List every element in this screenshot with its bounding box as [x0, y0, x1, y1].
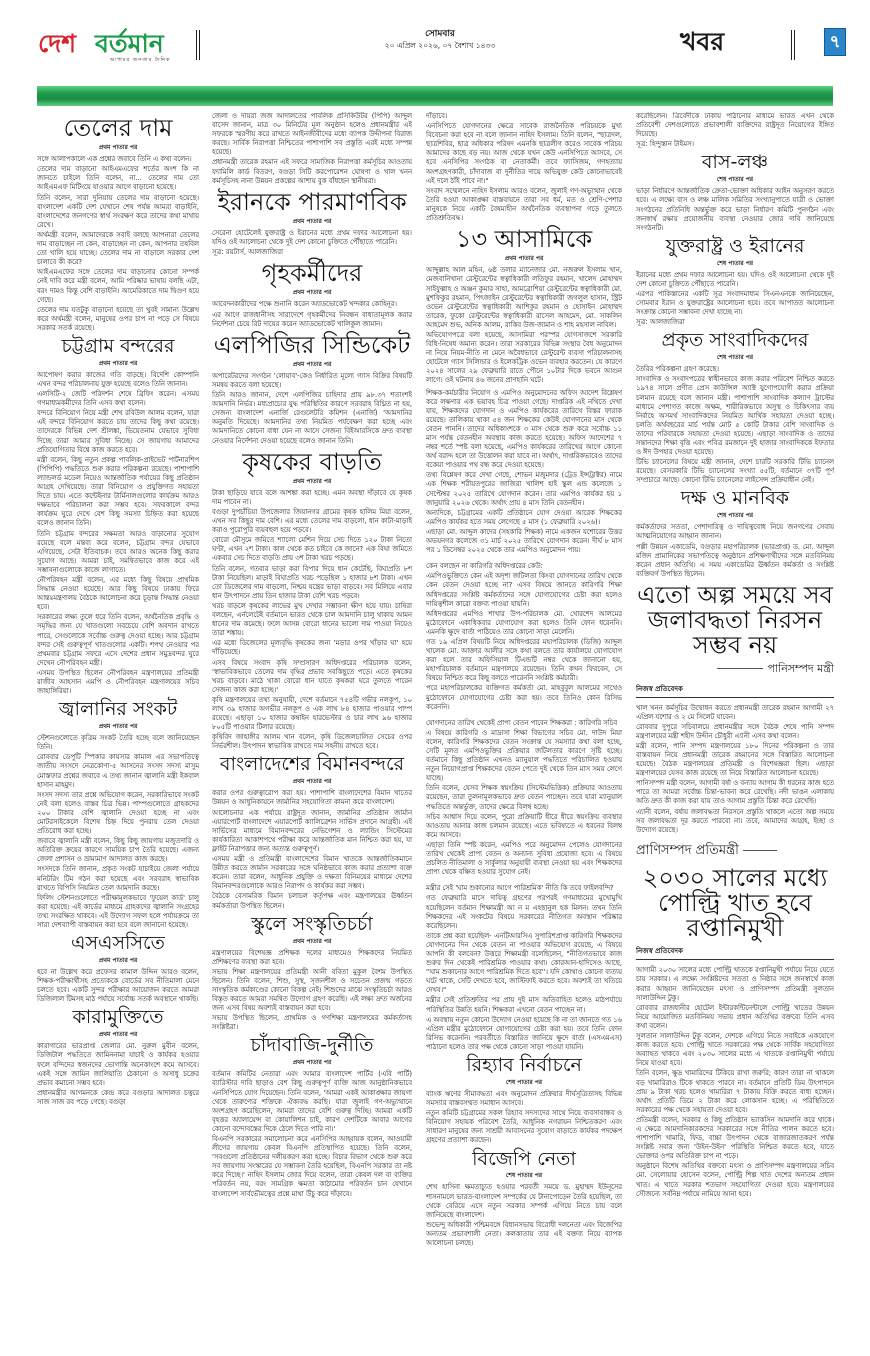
jump-label: প্রথম পাতার পর [212, 776, 412, 787]
article-paragraph: সেরেনা হোটেলেই যুক্তরাষ্ট্র ও ইরানের মধ্… [212, 229, 412, 247]
article-paragraph: এমপিওভুক্তিতে কেন এই অদৃশ্য জটিলতা কিংবা… [426, 572, 622, 608]
jump-label: প্রথম পাতার পর [212, 1057, 412, 1068]
article-paragraph: সংবাদ সম্মেলনে নাহিদ ইসলাম আরও বলেন, জুল… [426, 187, 622, 223]
article-paragraph: ফিলিং স্টেশনগুলোতে পরীক্ষামূলকভাবে 'ফুয়… [37, 894, 199, 930]
article-paragraph: কৃষি মন্ত্রণালয়ের তথ্য অনুযায়ী, দেশে ব… [212, 696, 412, 732]
article-headline[interactable]: গৃহকর্মীদের [212, 261, 412, 286]
article-iran-nuclear: ইরানকে পারমাণবিক প্রথম পাতার পর সেরেনা হ… [212, 190, 412, 257]
article-paragraph: রোববার ডেপুটি স্পিকার কায়সার কামাল এর স… [37, 753, 199, 789]
article-paragraph: খাল খনন কর্মসূচির উদ্বোধন করতে প্রধানমন্… [636, 704, 834, 722]
article-headline[interactable]: রিহ্যাব নির্বাচনে [426, 1056, 622, 1076]
article-paragraph: আইএমএফের সঙ্গে তেলের দাম বাড়ানোর কোনো স… [37, 268, 199, 304]
article-paragraph: সাংবাদিক ও সংবাদপত্রের স্বাধীনভাবে কাজ ক… [636, 375, 834, 457]
article-paragraph: সভায় উপস্থিত ছিলেন, প্রাথমিক ও গণশিক্ষা… [212, 1014, 412, 1032]
article-paragraph: অধিদপ্তরের এমপিও শাখার উপ-পরিচালক মো. খো… [426, 610, 622, 637]
article-paragraph: প্রধানমন্ত্রীর আগমনকে কেন্দ্র করে বগুড়া… [37, 1089, 199, 1107]
article-paragraph: তেলের দাম বাড়ানো আইএমএফের শর্তের অংশ কি… [37, 165, 199, 192]
article-karamukti: কারামুক্তিতে প্রথম পাতার পর কারাগারের ভা… [37, 1008, 199, 1107]
article-paragraph: পানিসম্পদ মন্ত্রী বলেন, আগামী বর্ষা ও বন… [636, 779, 834, 806]
article-paragraph: সঙ্গে আলাপকালে এক প্রশ্নের জবাবে তিনি এ … [37, 155, 199, 164]
jump-label: প্রথম পাতার পর [212, 936, 412, 947]
logo-tagline: আপামর জনতার দৈনিক [110, 57, 170, 65]
jump-label: প্রথম পাতার পর [212, 216, 412, 227]
article-continued-bogura: জেলা ও দায়রা জজ আদালতের পাবলিক প্রসিকিউ… [212, 112, 412, 186]
article-paragraph: পল্লী উন্নয়ন একাডেমি, বগুড়ার মহাপরিচাল… [636, 543, 834, 579]
article-headline[interactable]: বাংলাদেশের বিমানবন্দরে [212, 755, 412, 775]
article-byline: নিজস্ব প্রতিবেদক [636, 945, 834, 960]
column-4: করেছিলেন। ত্রিবেদীকে ঢাকায় পাঠানোর মাধ্… [636, 112, 834, 1348]
article-paragraph: অর্থমন্ত্রী বলেন, আমাদেরকে সবাই বলছে আপন… [37, 231, 199, 267]
article-paragraph: তথ্য বিশ্লেষণ করে দেখা গেছে, শোভন মজুমদা… [426, 471, 622, 507]
article-paragraph: এলসিটি-২ জেটি পরিদর্শন শেষে ব্রিফিং করেন… [37, 390, 199, 408]
article-paragraph: শিক্ষক-কর্মচারীর নিয়োগ ও এমপিও অনুমোদনে… [426, 389, 622, 471]
article-rehab-election: রিহ্যাব নির্বাচনে শেষ পাতার পর ব্যাংক ঋণ… [426, 1056, 622, 1146]
jump-label: প্রথম পাতার পর [37, 1029, 199, 1040]
jump-label: শেষ পাতার পর [636, 352, 834, 363]
article-paragraph: টাকা ছাড়িয়ে যাবে বলে আশঙ্কা করা হচ্ছে।… [212, 489, 412, 507]
logo-bortoman: বর্তমান [95, 30, 164, 58]
article-paragraph: শুভেন্দু অধিকারী পশ্চিমবঙ্গে বিধানসভায় … [426, 1221, 622, 1248]
article-headline[interactable]: যুক্তরাষ্ট্র ও ইরানের [636, 237, 834, 257]
article-paragraph: বগুড়া দুপচাঁচিয়া উপজেলার জিয়ানগর গ্রা… [212, 508, 412, 535]
article-headline[interactable]: তেলের দাম [37, 116, 199, 141]
article-headline[interactable]: এলপিজির সিন্ডিকেট [212, 333, 412, 358]
article-grihokormi: গৃহকর্মীদের প্রথম পাতার পর আবেদনকারীদের … [212, 261, 412, 328]
jump-label: প্রথম পাতার পর [212, 287, 412, 298]
article-headline[interactable]: কৃষকের বাড়তি [212, 450, 412, 475]
article-paragraph: সংসদ সদস্য তার প্রশ্নে অভিযোগ করেন, সরকা… [37, 791, 199, 836]
article-kicker: প্রাণিসম্পদ প্রতিমন্ত্রী [636, 841, 834, 862]
article-paragraph: এছাড়া তিনি স্পষ্ট করেন, এমপিও পরে অনুমো… [426, 841, 622, 877]
article-paragraph: নৌপরিবহন মন্ত্রী বলেন, এর মধ্যে কিছু বিষ… [37, 576, 199, 612]
jump-label: প্রথম পাতার পর [212, 476, 412, 487]
article-paragraph: বিএনপি সরকারের সমালোচনা করে এনসিপির আহ্ব… [212, 1135, 412, 1199]
section-title: খবর [680, 26, 724, 58]
masthead-divider [196, 30, 200, 60]
article-paragraph: মন্ত্রী বলেন, কিছু নতুন প্রকল্প পাবলিক-প… [37, 456, 199, 529]
article-lpg-syndicate: এলপিজির সিন্ডিকেট প্রথম পাতার পর অপারেটর… [212, 333, 412, 446]
article-poultry-export: প্রাণিসম্পদ প্রতিমন্ত্রী ২০৩০ সালের মধ্য… [636, 841, 834, 1199]
article-kicker: পানিসম্পদ মন্ত্রী [636, 660, 834, 679]
article-paragraph: পরে মহাপরিচালকের ব্যক্তিগত কর্মকর্তা মো.… [426, 684, 622, 711]
column-2: জেলা ও দায়রা জজ আদালতের পাবলিক প্রসিকিউ… [212, 112, 412, 1348]
article-paragraph: এসব বিষয়ে সংবাদ কৃষি সম্প্রসারণ অধিদপ্ত… [212, 659, 412, 695]
article-krishok: কৃষকের বাড়তি প্রথম পাতার পর টাকা ছাড়িয… [212, 450, 412, 752]
article-paragraph: তিনি আরও জানান, দেশে এলপিজির চাহিদার প্র… [212, 391, 412, 446]
jump-label: প্রথম পাতার পর [37, 358, 199, 369]
jump-label: প্রথম পাতার পর [212, 359, 412, 370]
article-headline[interactable]: জ্বালানির সংকট [37, 700, 199, 720]
article-paragraph: তিনি বলেন, যেসব শিক্ষক স্বয়ংক্রিয় (সিস… [426, 784, 622, 811]
jump-label: শেষ পাতার পর [426, 1077, 622, 1088]
newspaper-logo[interactable]: দেশ বর্তমান আপামর জনতার দৈনিক [38, 30, 168, 60]
article-headline[interactable]: দক্ষ ও মানবিক [636, 489, 834, 509]
article-chattogram-bondor: চট্টগ্রাম বন্দরের প্রথম পাতার পর আপোষণ ক… [37, 337, 199, 696]
article-paragraph: বন্দরে বিনিয়োগ নিয়ে মন্ত্রী শেখ রবিউল … [37, 409, 199, 454]
article-paragraph: অন্যদিকে, চট্টগ্রামের একটি প্রতিষ্ঠানে য… [426, 509, 622, 527]
article-paragraph: সূত্র: রয়টার্স, আলজাজিরা [212, 248, 412, 257]
article-paragraph: তেলের দাম যতটুকু বাড়ানো হয়েছে তা খুবই … [37, 306, 199, 333]
article-teler-dam: তেলের দাম প্রথম পাতার পর সঙ্গে আলাপকালে … [37, 116, 199, 333]
article-subhead: কেন বলছেন না কারিগরি অধিদপ্তরের কেউ: [426, 562, 622, 571]
article-paragraph: কারাগারের ভারপ্রাপ্ত জেলার মো. নুরুল মুব… [37, 1042, 199, 1087]
jump-label: প্রথম পাতার পর [426, 253, 622, 264]
article-headline[interactable]: চট্টগ্রাম বন্দরের [37, 337, 199, 357]
green-banner-strip [37, 86, 833, 106]
article-paragraph: করেছিলেন। ত্রিবেদীকে ঢাকায় পাঠানোর মাধ্… [636, 112, 834, 139]
article-paragraph: নতুন কমিটি চট্টগ্রামের সকল রিহ্যাব সদস্য… [426, 1109, 622, 1145]
jump-label: শেষ পাতার পর [636, 174, 834, 185]
article-paragraph: গত ফেব্রুয়ারি মাসে দায়িত্ব গ্রহণের পরপ… [426, 894, 622, 930]
article-headline[interactable]: কারামুক্তিতে [37, 1008, 199, 1028]
article-paragraph: করার ওপর গুরুত্বারোপ করা হয়। পাশাপাশি ব… [212, 789, 412, 807]
article-paragraph: এছাড়া মো. আব্দুল কাদের (সহকারি শিক্ষক) … [426, 528, 622, 555]
article-13-accused: ১৩ আসামিকে প্রথম পাতার পর আব্দুল্লাহ আল … [426, 227, 622, 385]
article-paragraph: খরচ বাড়লে কৃষকের লাভের মুখ দেখার সম্ভাব… [212, 602, 412, 638]
article-paragraph: ভাড়া নির্ধারণে আন্তর্জাতিক ক্রেতা-ভোক্ত… [636, 187, 834, 232]
masthead-divider [791, 30, 795, 60]
article-paragraph: টিভি চ্যানেলের বিষয়ে মন্ত্রী জানান, দেশ… [636, 458, 834, 485]
article-airport: বাংলাদেশের বিমানবন্দরে প্রথম পাতার পর কর… [212, 755, 412, 910]
issue-full-date: ২০ এপ্রিল ২০২৬, ০৭ বৈশাখ ১৪৩৩ [300, 40, 580, 52]
article-teachers-salary: শিক্ষক-কর্মচারীর নিয়োগ ও এমপিও অনুমোদনে… [426, 389, 622, 1052]
article-headline[interactable]: ২০৩০ সালের মধ্যে পোল্ট্রি খাত হবে রপ্তান… [636, 866, 834, 942]
article-paragraph: সুলতান সালাউদ্দিন টুকু বলেন, দেশকে এগিয়… [636, 1032, 834, 1068]
article-paragraph: মন্ত্রীর সেই প্রতিশ্রুতির পর প্রায় দুই … [426, 996, 622, 1014]
article-paragraph: শেখ হাসিনা ক্ষমতাচ্যুত হওয়ার পরবর্তী সম… [426, 1183, 622, 1219]
article-paragraph: এ অবস্থায় নতুন কোনো উদ্যোগ নেওয়া হয়েছ… [426, 1016, 622, 1052]
article-paragraph: মন্ত্রী বলেন, পানি সম্পদ মন্ত্রণালয়ের ১… [636, 742, 834, 778]
article-paragraph: সূত্র: হিন্দুস্তান টাইমস। [636, 140, 834, 149]
article-paragraph: তিনি বলেন, ক্ষুদ্র খামারিদের টিকিয়ে রাখ… [636, 1069, 834, 1114]
article-headline[interactable]: চাঁদাবাজি-দুর্নীতি [212, 1036, 412, 1056]
article-headline[interactable]: প্রকৃত সাংবাদিকদের [636, 331, 834, 351]
article-paragraph: গত ১৯ এপ্রিল বিষয়টি নিয়ে অধিদপ্তরের মহ… [426, 638, 622, 683]
article-paragraph: মন্ত্রণালয়ের বিশেষজ্ঞ প্রশিক্ষক দলের মা… [212, 949, 412, 967]
article-us-iran: যুক্তরাষ্ট্র ও ইরানের শেষ পাতার পর ইরানে… [636, 237, 834, 328]
article-paragraph: এ বিষয়ে কারিগরি ও মাদ্রাসা শিক্ষা বিভাগ… [426, 729, 622, 784]
article-paragraph: বর্তমান কমিটির নেতারা এবং আমার বাংলাদেশ … [212, 1070, 412, 1134]
article-paragraph: এনসিপিতে যোগদানের ক্ষেত্রে সাবেক রাজনৈতি… [426, 122, 622, 186]
article-headline[interactable]: এতো অল্প সময়ে সব জলাবদ্ধতা নিরসন সম্ভব … [636, 583, 834, 659]
article-paragraph: প্রধানমন্ত্রী তারেক রহমান এই সফরে সামাজি… [212, 158, 412, 185]
jump-label: প্রথম পাতার পর [37, 955, 199, 966]
article-bjp-leader: বিজেপি নেতা শেষ পাতার পর শেখ হাসিনা ক্ষম… [426, 1150, 622, 1249]
masthead: দেশ বর্তমান আপামর জনতার দৈনিক সোমবার ২০ … [0, 0, 870, 86]
article-paragraph: তিনি চট্টগ্রাম বন্দরের সক্ষমতা আরও বাড়া… [37, 530, 199, 575]
article-paragraph: ব্যাংক ঋণের সীমাবদ্ধতা এবং অনুমোদন প্রক্… [426, 1090, 622, 1108]
article-headline[interactable]: এসএসসিতে [37, 934, 199, 954]
article-paragraph: এ্যানী বলেন, বর্ষায় জলাবদ্ধতা নিরসনে প্… [636, 808, 834, 835]
article-headline[interactable]: বাস-লঞ্চ [636, 153, 834, 173]
article-byline: নিজস্ব প্রতিবেদক [636, 683, 834, 698]
article-paragraph: বৈঠকে বেসামরিক বিমান চলাচল কর্তৃপক্ষ এবং… [212, 892, 412, 910]
article-paragraph: আবেদনকারীদের পক্ষে শুনানি করেন অ্যাডভোকে… [212, 300, 412, 309]
article-bus-launch: বাস-লঞ্চ শেষ পাতার পর ভাড়া নির্ধারণে আন… [636, 153, 834, 232]
article-paragraph: আব্দুল্লাহ আল মহিন, ৬ষ্ঠ তলার ম্যানেজার … [426, 266, 622, 330]
jump-label: প্রথম পাতার পর [37, 142, 199, 153]
article-school-culture: স্কুলে সংস্কৃতিচর্চা প্রথম পাতার পর মন্ত… [212, 915, 412, 1033]
article-paragraph: সচিব আশ্বাস দিয়ে বলেন, পুরো প্রক্রিয়াট… [426, 813, 622, 840]
article-paragraph: রোববার দুপুরে সচিবালয়ে প্রধানমন্ত্রীর স… [636, 723, 834, 741]
article-paragraph: তিনি বলেন, গতবার ভাড়া করা বিপার দিয়ে ধ… [212, 565, 412, 601]
article-paragraph: এর মধ্যে ডিজেলের মূল্যবৃদ্ধি কৃষকের জন্য… [212, 639, 412, 657]
article-paragraph: জবাবে জ্বালানি মন্ত্রী বলেন, কিছু কিছু জ… [37, 837, 199, 864]
article-paragraph: সভায় শিক্ষা মন্ত্রণালয়ের প্রতিমন্ত্রী … [212, 968, 412, 1013]
article-waterlogging: এতো অল্প সময়ে সব জলাবদ্ধতা নিরসন সম্ভব … [636, 583, 834, 835]
article-paragraph: এসময় মন্ত্রী ও প্রতিমন্ত্রী বাংলাদেশের … [212, 855, 412, 891]
article-paragraph: বোরো মৌসুমে জমিতে শ্যালো মেশিন দিয়ে সেচ… [212, 536, 412, 563]
article-paragraph: তাকে প্রশ্ন করা হয়েছিল- এনটিআরসিএ সুপার… [426, 932, 622, 996]
article-paragraph: সরকারের লক্ষ্য তুলে ধরে তিনি বলেন, অর্থন… [37, 613, 199, 668]
article-jalanir-sonkot: জ্বালানির সংকট প্রথম পাতার পর স্টেশনগুলো… [37, 700, 199, 930]
issue-date: সোমবার ২০ এপ্রিল ২০২৬, ০৭ বৈশাখ ১৪৩৩ [300, 28, 580, 52]
article-headline[interactable]: ১৩ আসামিকে [426, 227, 622, 252]
article-headline[interactable]: বিজেপি নেতা [426, 1150, 622, 1170]
article-continued-ncp: দাঁড়াবে। এনসিপিতে যোগদানের ক্ষেত্রে সাব… [426, 112, 622, 223]
article-paragraph: এরপর পাকিস্তানের একটি সূত্র সংবাদমাধ্যম … [636, 290, 834, 317]
article-paragraph: অনুষ্ঠানে বিশেষ অতিথির বক্তব্যে মৎস্য ও … [636, 1162, 834, 1198]
article-paragraph: অপারেটরদের সংগঠন 'লোয়াব'-কেও নির্ধারিত … [212, 372, 412, 390]
article-chadabaji: চাঁদাবাজি-দুর্নীতি প্রথম পাতার পর বর্তমা… [212, 1036, 412, 1198]
article-paragraph: তিনি বলেন, সারা দুনিয়ায় তেলের দাম বাড়… [37, 194, 199, 230]
article-paragraph: কর্মকর্তাদের সততা, পেশাদারিত্ব ও দায়িত্… [636, 523, 834, 541]
article-paragraph: আলোচনার এক পর্যায়ে রাষ্ট্রদূত জানান, জা… [212, 809, 412, 854]
column-3: দাঁড়াবে। এনসিপিতে যোগদানের ক্ষেত্রে সাব… [426, 112, 622, 1348]
jump-label: প্রথম পাতার পর [37, 721, 199, 732]
article-paragraph: প্রতিমন্ত্রী বলেন, সরকার ও কিছু প্রতিষ্ঠ… [636, 1116, 834, 1161]
article-paragraph: এসময় উপস্থিত ছিলেন নৌপরিবহন মন্ত্রণালয়… [37, 669, 199, 696]
article-paragraph: এর আগে রাজধানীসহ সারাদেশে গৃহকর্মীদের নি… [212, 311, 412, 329]
jump-label: শেষ পাতার পর [636, 510, 834, 521]
article-paragraph: দাঁড়াবে। [426, 112, 622, 121]
logo-desh: দেশ [38, 30, 76, 58]
article-dokkho-manobik: দক্ষ ও মানবিক শেষ পাতার পর কর্মকর্তাদের … [636, 489, 834, 579]
article-paragraph: আপোষণ করার কাজের গতি বাড়ছে। বিদেশি কোম্… [37, 371, 199, 389]
page-number-badge: ৭ [824, 28, 846, 56]
article-continued-india: করেছিলেন। ত্রিবেদীকে ঢাকায় পাঠানোর মাধ্… [636, 112, 834, 149]
column-1: তেলের দাম প্রথম পাতার পর সঙ্গে আলাপকালে … [37, 112, 199, 1348]
article-paragraph: সূত্র: আলজাজিরা [636, 318, 834, 327]
jump-label: শেষ পাতার পর [426, 1170, 622, 1181]
article-headline[interactable]: স্কুলে সংস্কৃতিচর্চা [212, 915, 412, 935]
article-paragraph: তৈরির পরিকল্পনা গ্রহণ করেছে। [636, 365, 834, 374]
article-paragraph: কৃষিবিদ জাহাঙ্গীর আলম খান বলেন, কৃষি ডিজ… [212, 733, 412, 751]
article-subhead: মন্ত্রীর সেই 'ঘাম শুকানোর আগে পারিশ্রমিক… [426, 884, 622, 893]
article-paragraph: অভিযোগপত্রে বলা হয়েছে, আসামিরা পরস্পর য… [426, 331, 622, 386]
article-paragraph: ইরানের মধ্যে প্রথম দফার আলোচনা হয়। যদিও… [636, 271, 834, 289]
article-headline[interactable]: ইরানকে পারমাণবিক [212, 190, 412, 215]
article-paragraph: আগামী ২০৩০ সালের মধ্যে পোল্ট্রি খাতকে রপ… [636, 966, 834, 1002]
article-paragraph: রোববার রাজধানীর হোটেল ইন্টারকন্টিনেন্টাল… [636, 1004, 834, 1031]
article-journalists: প্রকৃত সাংবাদিকদের শেষ পাতার পর তৈরির পর… [636, 331, 834, 485]
article-ssc: এসএসসিতে প্রথম পাতার পর হবে না উল্লেখ কর… [37, 934, 199, 1004]
jump-label: শেষ পাতার পর [636, 258, 834, 269]
article-paragraph: সংসদকে তিনি জানান, প্রকৃত সংকট যাচাইয়ে … [37, 865, 199, 892]
article-subhead: যোগদানের তারিখ থেকেই প্রাপ্য বেতন পাবেন … [426, 719, 622, 728]
issue-day: সোমবার [300, 28, 580, 40]
article-paragraph: স্টেশনগুলোতে কৃত্রিম সংকট তৈরি হচ্ছে বলে… [37, 734, 199, 752]
article-paragraph: জেলা ও দায়রা জজ আদালতের পাবলিক প্রসিকিউ… [212, 112, 412, 157]
article-paragraph: হবে না উল্লেখ করে প্রফেসর কামাল উদ্দিন আ… [37, 968, 199, 1004]
